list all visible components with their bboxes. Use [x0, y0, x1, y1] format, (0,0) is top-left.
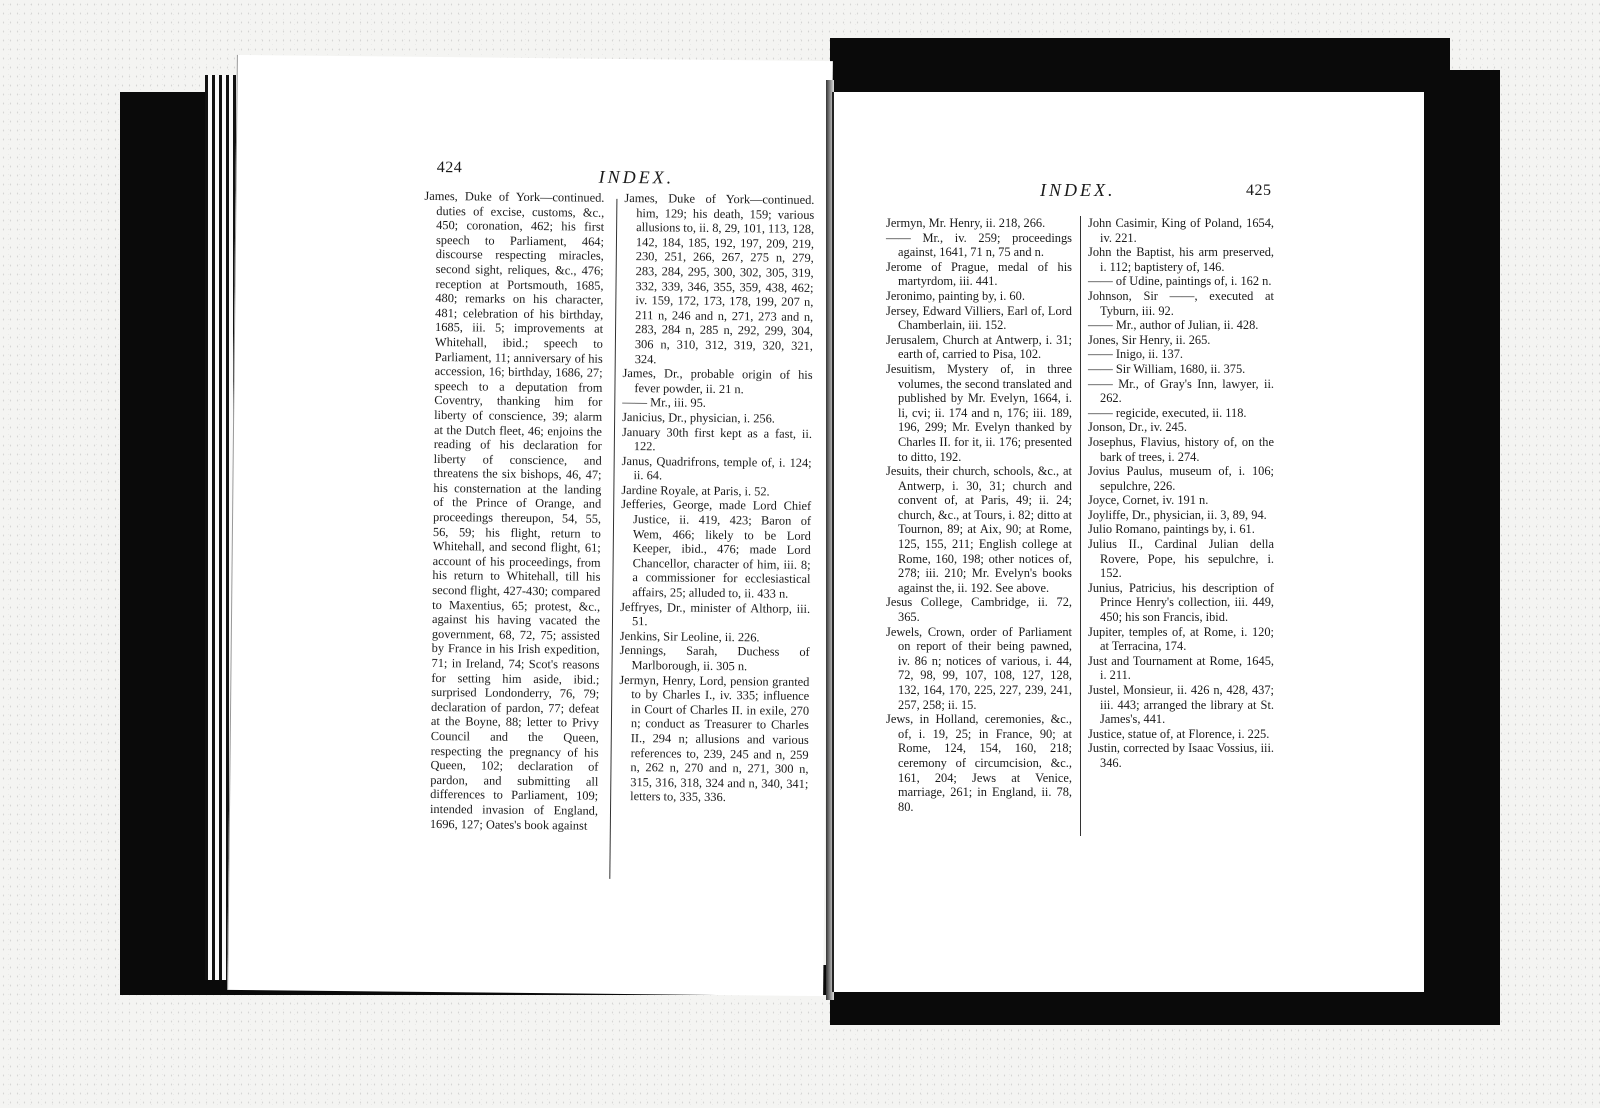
index-entry: James, Dr., probable origin of his fever…	[622, 366, 812, 397]
index-entry: Jovius Paulus, museum of, i. 106; sepulc…	[1088, 464, 1274, 493]
index-entry: Justice, statue of, at Florence, i. 225.	[1088, 727, 1274, 742]
index-entry: Jupiter, temples of, at Rome, i. 120; at…	[1088, 625, 1274, 654]
index-entry: Jeronimo, painting by, i. 60.	[886, 289, 1072, 304]
running-head-left: INDEX.	[599, 167, 675, 189]
index-entry: Jeffryes, Dr., minister of Althorp, iii.…	[620, 600, 810, 631]
index-entry: Justin, corrected by Isaac Vossius, iii.…	[1088, 741, 1274, 770]
index-entry: James, Duke of York—continued. him, 129;…	[623, 191, 815, 368]
right-page-column-1: Jermyn, Mr. Henry, ii. 218, 266. —— Mr.,…	[886, 216, 1072, 814]
book-cover-right	[1420, 70, 1500, 1020]
right-page: INDEX. 425 Jermyn, Mr. Henry, ii. 218, 2…	[832, 92, 1424, 992]
index-entry: Jerusalem, Church at Antwerp, i. 31; ear…	[886, 333, 1072, 362]
index-entry: Jerome of Prague, medal of his martyrdom…	[886, 260, 1072, 289]
index-entry: Jefferies, George, made Lord Chief Justi…	[620, 497, 811, 601]
index-entry: Jonson, Dr., iv. 245.	[1088, 420, 1274, 435]
index-entry: Jesuits, their church, schools, &c., at …	[886, 464, 1072, 595]
index-entry: —— regicide, executed, ii. 118.	[1088, 406, 1274, 421]
index-entry: —— Mr., iv. 259; proceedings against, 16…	[886, 231, 1072, 260]
index-entry: Joyce, Cornet, iv. 191 n.	[1088, 493, 1274, 508]
index-entry: Jewels, Crown, order of Parliament on re…	[886, 625, 1072, 713]
index-entry: January 30th first kept as a fast, ii. 1…	[622, 424, 812, 455]
index-entry: Josephus, Flavius, history of, on the ba…	[1088, 435, 1274, 464]
index-entry: Janus, Quadrifrons, temple of, i. 124; i…	[621, 454, 811, 485]
index-entry: Johnson, Sir ——, executed at Tyburn, iii…	[1088, 289, 1274, 318]
index-entry: —— Inigo, ii. 137.	[1088, 347, 1274, 362]
index-entry: Just and Tournament at Rome, 1645, i. 21…	[1088, 654, 1274, 683]
column-rule	[609, 199, 617, 879]
index-entry: —— of Udine, paintings of, i. 162 n.	[1088, 274, 1274, 289]
left-page-column-1: James, Duke of York—continued. duties of…	[418, 189, 605, 833]
index-entry: —— Mr., author of Julian, ii. 428.	[1088, 318, 1274, 333]
right-page-column-2: John Casimir, King of Poland, 1654, iv. …	[1088, 216, 1274, 771]
index-entry: Justel, Monsieur, ii. 426 n, 428, 437; i…	[1088, 683, 1274, 727]
index-entry: Jermyn, Mr. Henry, ii. 218, 266.	[886, 216, 1072, 231]
index-entry: John the Baptist, his arm preserved, i. …	[1088, 245, 1274, 274]
index-entry: Jones, Sir Henry, ii. 265.	[1088, 333, 1274, 348]
index-entry: Julio Romano, paintings by, i. 61.	[1088, 522, 1274, 537]
index-entry: John Casimir, King of Poland, 1654, iv. …	[1088, 216, 1274, 245]
left-page-column-2: James, Duke of York—continued. him, 129;…	[618, 191, 814, 806]
index-entry: Joyliffe, Dr., physician, ii. 3, 89, 94.	[1088, 508, 1274, 523]
index-entry: Junius, Patricius, his description of Pr…	[1088, 581, 1274, 625]
book-cover-top-right	[830, 38, 1450, 94]
index-entry: —— Mr., of Gray's Inn, lawyer, ii. 262.	[1088, 377, 1274, 406]
index-entry: Jesus College, Cambridge, ii. 72, 365.	[886, 595, 1072, 624]
index-entry: Jersey, Edward Villiers, Earl of, Lord C…	[886, 304, 1072, 333]
page-number-left: 424	[437, 159, 463, 177]
index-entry: Jermyn, Henry, Lord, pension granted to …	[618, 673, 809, 806]
index-entry: Julius II., Cardinal Julian della Rovere…	[1088, 537, 1274, 581]
index-entry: Jews, in Holland, ceremonies, &c., of, i…	[886, 712, 1072, 814]
column-rule	[1080, 216, 1081, 836]
index-entry: Jesuitism, Mystery of, in three volumes,…	[886, 362, 1072, 464]
index-entry: —— Sir William, 1680, ii. 375.	[1088, 362, 1274, 377]
index-entry: James, Duke of York—continued. duties of…	[418, 189, 605, 833]
running-head-right: INDEX.	[1040, 180, 1116, 201]
left-page: 424 INDEX. James, Duke of York—continued…	[227, 55, 833, 996]
page-number-right: 425	[1246, 182, 1272, 200]
index-entry: Janicius, Dr., physician, i. 256.	[622, 410, 812, 427]
index-entry: Jennings, Sarah, Duchess of Marlborough,…	[619, 643, 809, 674]
